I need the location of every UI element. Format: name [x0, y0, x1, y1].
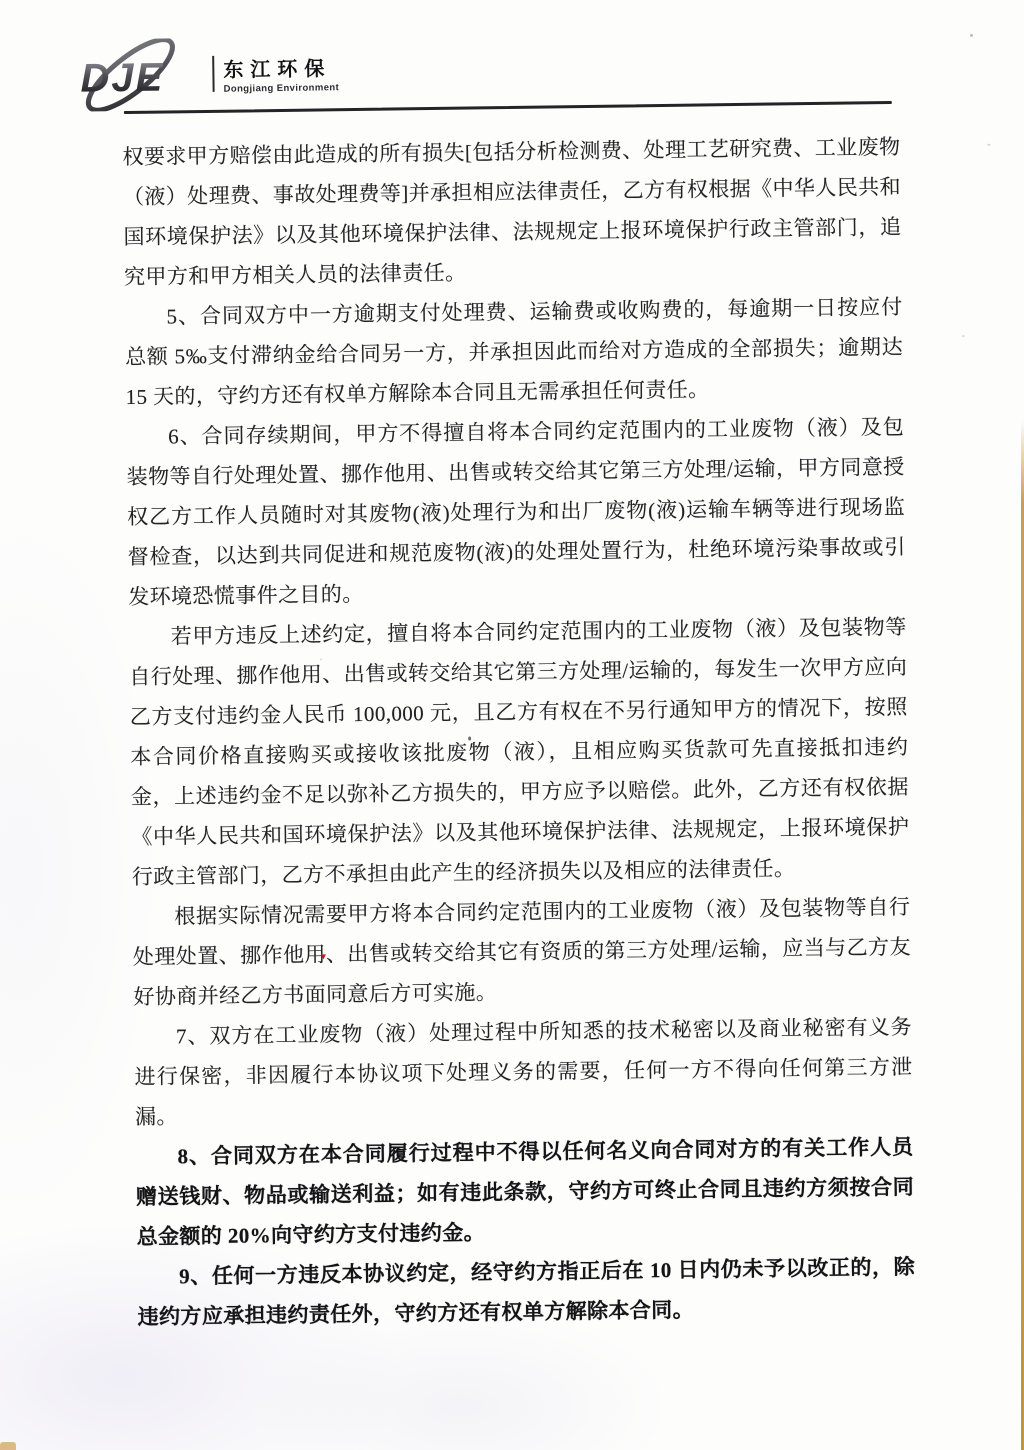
- logo-names: 东江环保 Dongjiang Environment: [223, 52, 339, 95]
- scan-speck: [962, 335, 965, 337]
- paragraph-clause-6-consent: 根据实际情况需要甲方将本合同约定范围内的工业废物（液）及包装物等自行处理处置、挪…: [132, 887, 912, 1017]
- ink-dot: [468, 737, 471, 741]
- scanned-page: DJE 东江环保 Dongjiang Environment 权要求甲方赔偿由此…: [0, 0, 1024, 1450]
- company-name-cn: 东江环保: [223, 52, 339, 83]
- paragraph-clause-5: 5、合同双方中一方逾期支付处理费、运输费或收购费的，每逾期一日按应付总额 5‰支…: [124, 287, 904, 417]
- logo-swoosh-icon: DJE: [74, 38, 203, 112]
- paragraph-clause-6-penalty: 若甲方违反上述约定，擅自将本合同约定范围内的工业废物（液）及包装物等自行处理、挪…: [129, 607, 911, 897]
- scan-speck: [987, 144, 990, 146]
- paragraph-clause-7: 7、双方在工业废物（液）处理过程中所知悉的技术秘密以及商业秘密有义务进行保密，非…: [134, 1007, 914, 1137]
- company-logo: DJE 东江环保 Dongjiang Environment: [74, 36, 339, 111]
- company-name-en: Dongjiang Environment: [224, 82, 340, 95]
- scan-content: DJE 东江环保 Dongjiang Environment 权要求甲方赔偿由此…: [0, 0, 1024, 1450]
- red-annotation-mark: ▾: [321, 952, 326, 962]
- scan-speck: [970, 34, 973, 37]
- svg-text:DJE: DJE: [80, 56, 164, 101]
- paragraph-continuation: 权要求甲方赔偿由此造成的所有损失[包括分析检测费、处理工艺研究费、工业废物（液）…: [122, 127, 902, 297]
- logo-divider: [212, 56, 214, 92]
- paragraph-clause-9: 9、任何一方违反本协议约定，经守约方指正后在 10 日内仍未予以改正的，除违约方…: [137, 1247, 916, 1337]
- scan-speck: [320, 658, 322, 660]
- paragraph-clause-6: 6、合同存续期间，甲方不得擅自将本合同约定范围内的工业废物（液）及包装物等自行处…: [126, 407, 907, 617]
- dje-logo-icon: DJE: [74, 38, 203, 112]
- contract-body: 权要求甲方赔偿由此造成的所有损失[包括分析检测费、处理工艺研究费、工业废物（液）…: [122, 127, 916, 1337]
- logo-text-block: 东江环保 Dongjiang Environment: [212, 52, 339, 95]
- paragraph-clause-8: 8、合同双方在本合同履行过程中不得以任何名义向合同对方的有关工作人员赠送钱财、物…: [135, 1127, 915, 1257]
- page-corner-edge: [0, 1442, 16, 1450]
